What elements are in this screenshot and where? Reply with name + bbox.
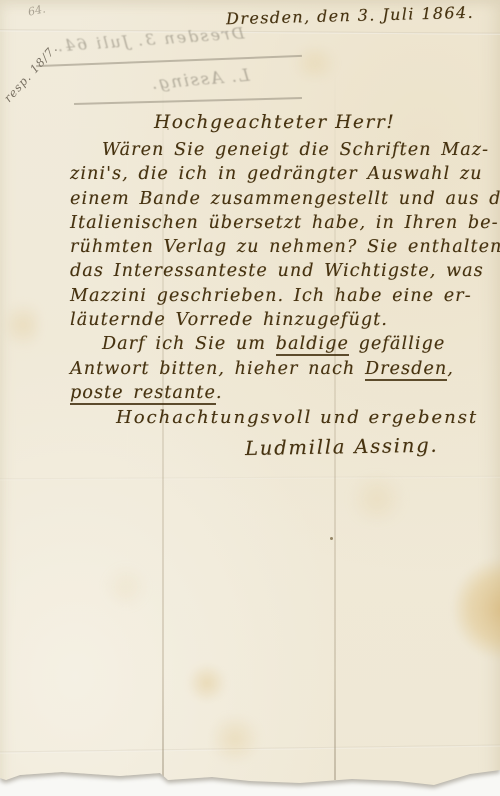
fold-crease-middle: [0, 476, 500, 481]
underlined-text: Dresden: [365, 359, 447, 381]
stain-mid-right: [346, 476, 408, 522]
letter-line: Mazzini geschrieben. Ich habe eine er-: [70, 284, 476, 308]
stain-large-right: [438, 538, 500, 680]
letter-text: Italienischen übersetzt habe, in Ihren b…: [70, 213, 499, 233]
underlined-text: poste restante: [70, 383, 216, 405]
stain-top-center: [288, 48, 342, 78]
stain-left-edge: [6, 296, 40, 354]
letter-text: .: [216, 383, 223, 403]
letter-text: zini's, die ich in gedrängter Auswahl zu: [70, 164, 483, 184]
letter-body: Hochgeachteter Herr! Wären Sie geneigt d…: [70, 108, 476, 461]
letter-signature: Ludmilla Assing.: [245, 431, 476, 463]
letter-paper: 64. resp. 18/7. Dresden 3. Juli 64. L. A…: [0, 0, 500, 796]
archival-corner-number: 64.: [27, 2, 47, 18]
ink-speck: [330, 537, 333, 540]
letter-text: Wären Sie geneigt die Schriften Maz-: [102, 140, 489, 160]
letter-line: poste restante.: [70, 381, 476, 405]
letter-line: rühmten Verlag zu nehmen? Sie enthalten: [70, 235, 476, 259]
stain-left-lower: [104, 566, 148, 608]
letter-line: zini's, die ich in gedrängter Auswahl zu: [70, 162, 476, 186]
letter-line: das Interessanteste und Wichtigste, was: [70, 259, 476, 283]
letter-text: rühmten Verlag zu nehmen? Sie enthalten: [70, 237, 500, 257]
ghost-underline-1: [36, 55, 302, 67]
letter-line: Italienischen übersetzt habe, in Ihren b…: [70, 211, 476, 235]
underlined-text: baldige: [276, 334, 349, 356]
stain-bottom-left: [186, 664, 228, 702]
letter-text: Antwort bitten, hieher nach: [70, 359, 365, 379]
letter-text: einem Bande zusammengestellt und aus dem: [70, 189, 500, 209]
letter-line: läuternde Vorrede hinzugefügt.: [70, 308, 476, 332]
letter-page-wrap: 64. resp. 18/7. Dresden 3. Juli 64. L. A…: [0, 0, 500, 796]
letter-text: läuternde Vorrede hinzugefügt.: [70, 310, 388, 330]
letter-text: Darf ich Sie um: [102, 334, 276, 354]
scan-background: { "colors":{"ink":"#46320f","paper":"#f0…: [0, 0, 500, 796]
letter-salutation: Hochgeachteter Herr!: [154, 108, 476, 138]
ghost-offset-name: L. Assing.: [139, 65, 260, 95]
letter-closing: Hochachtungsvoll und ergebenst: [116, 405, 476, 431]
letter-text: das Interessanteste und Wichtigste, was: [70, 261, 484, 281]
stain-bottom-center: [206, 716, 264, 762]
letter-text: gefällige: [349, 334, 445, 354]
letter-text: Mazzini geschrieben. Ich habe eine er-: [70, 286, 472, 306]
letter-text: ,: [447, 359, 454, 379]
letter-line: Antwort bitten, hieher nach Dresden,: [70, 357, 476, 381]
letter-date-line: Dresden, den 3. Juli 1864.: [226, 3, 474, 28]
letter-line: Wären Sie geneigt die Schriften Maz-: [102, 138, 476, 162]
letter-lines: Wären Sie geneigt die Schriften Maz-zini…: [70, 138, 476, 405]
letter-line: einem Bande zusammengestellt und aus dem: [70, 187, 476, 211]
ghost-underline-2: [74, 97, 302, 104]
letter-line: Darf ich Sie um baldige gefällige: [102, 332, 476, 356]
